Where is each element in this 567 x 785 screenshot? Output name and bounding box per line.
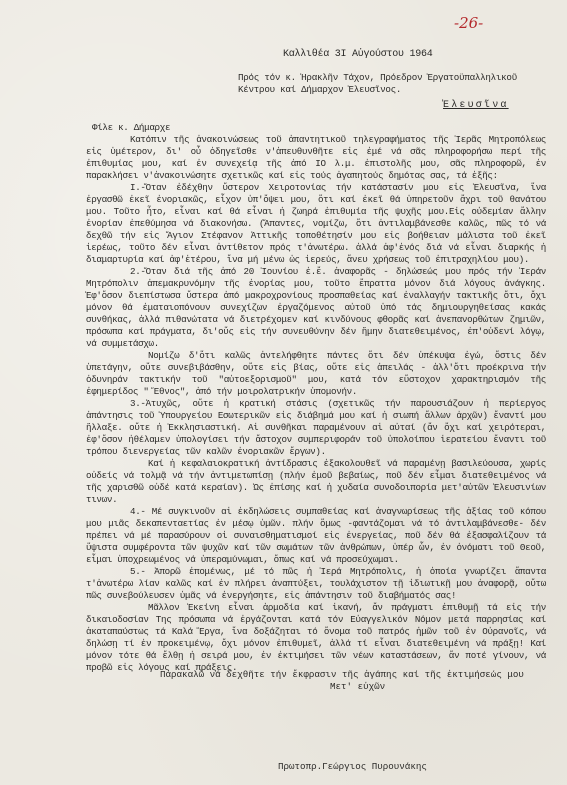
dateline: Καλλιθέα 3Ι Αὐγούστου 1964 (283, 49, 433, 61)
valediction: Μετ' εὐχῶν (330, 681, 385, 692)
paragraph-2b: Νομίζω δ'ὅτι καλῶς ἀντελήφθητε πάντες ὅτ… (86, 350, 546, 398)
letter-page: -26- Καλλιθέα 3Ι Αὐγούστου 1964 Πρός τόν… (0, 0, 567, 785)
recipient-line-2: Κέντρου καί Δήμαρχον Ἐλευσῖνος. (238, 84, 401, 96)
page-number: -26- (454, 14, 483, 32)
paragraph-intro: Κατόπιν τῆς ἀνακοινώσεως τοῦ ἀπαντητικοῦ… (86, 134, 546, 182)
closing-line: Παρακαλῶ νά δεχθῆτε τήν ἔκφρασιν τῆς ἀγά… (160, 669, 524, 680)
signature: Πρωτοπρ.Γεώργιος Πυρουνάκης (278, 761, 427, 772)
paragraph-1: Ι.-Ὅταν ἐδέχθην ὕστερον Χειροτονίας τήν … (86, 182, 546, 266)
paragraph-5b: Μᾶλλον Ἐκείνη εἶναι ἁρμοδία καί ἱκανή, ἄ… (86, 602, 546, 674)
recipient-line-1: Πρός τόν κ. Ἡρακλῆν Τάχον, Πρόεδρον Ἐργα… (238, 72, 517, 84)
paragraph-5: 5.- Ἀπορῶ ἐπομένως, μέ τό πῶς ἡ Ἱερά Μητ… (86, 566, 546, 602)
paragraph-2: 2.-Ὅταν διά τῆς ἀπό 20 Ἰουνίου ἐ.ἔ. ἀναφ… (86, 266, 546, 350)
paragraph-3b: Καί ἡ κεφαλαιοκρατική ἀντίδρασις ἐξακολο… (86, 458, 546, 506)
salutation: Φίλε κ. Δήμαρχε (92, 122, 546, 134)
paragraph-3: 3.-Ἀτυχῶς, οὔτε ἡ κρατική στάσις (σχετικ… (86, 398, 546, 458)
paragraph-4: 4.- Μέ συγκινοῦν αἱ ἐκδηλώσεις συμπαθεία… (86, 506, 546, 566)
city-heading: Ἐλευσῖνα (443, 100, 509, 112)
letter-body: Φίλε κ. Δήμαρχε Κατόπιν τῆς ἀνακοινώσεως… (86, 122, 546, 674)
